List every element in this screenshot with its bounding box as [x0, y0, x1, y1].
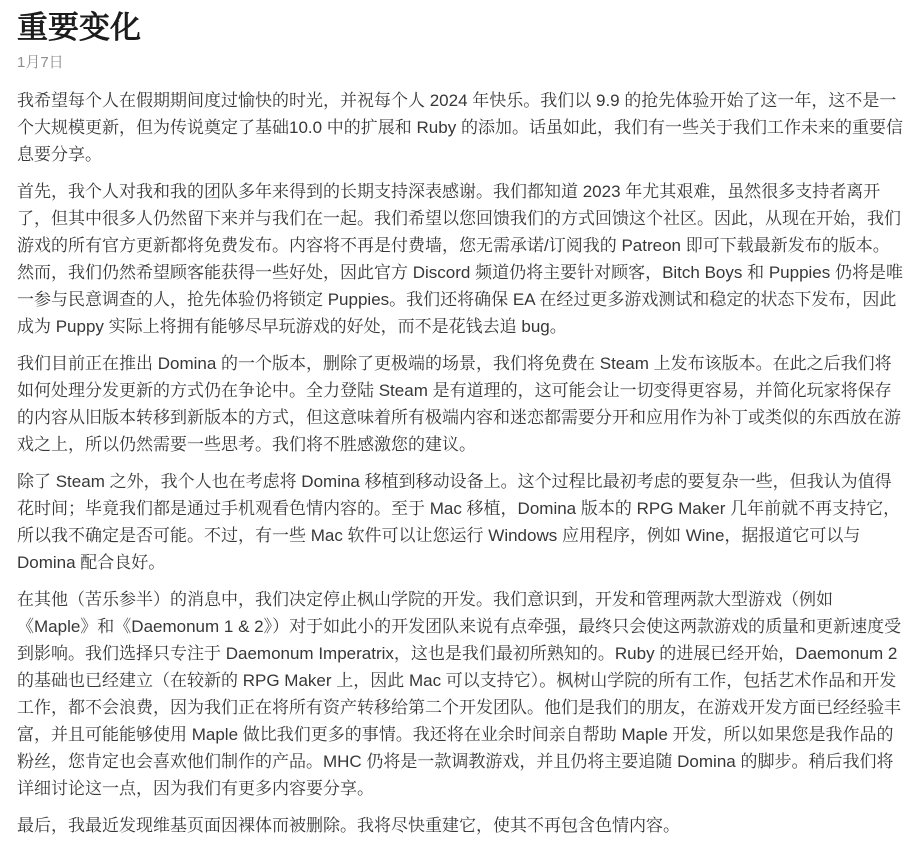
- article-body: 我希望每个人在假期期间度过愉快的时光，并祝每个人 2024 年快乐。我们以 9.…: [17, 87, 904, 839]
- paragraph-project-changes: 在其他（苦乐参半）的消息中，我们决定停止枫山学院的开发。我们意识到，开发和管理两…: [17, 586, 904, 802]
- paragraph-intro: 我希望每个人在假期期间度过愉快的时光，并祝每个人 2024 年快乐。我们以 9.…: [17, 87, 904, 168]
- paragraph-steam-release: 我们目前正在推出 Domina 的一个版本，删除了更极端的场景，我们将免费在 S…: [17, 350, 904, 458]
- article: 重要变化 1月7日 我希望每个人在假期期间度过愉快的时光，并祝每个人 2024 …: [0, 0, 920, 839]
- page: 重要变化 1月7日 我希望每个人在假期期间度过愉快的时光，并祝每个人 2024 …: [0, 0, 920, 842]
- paragraph-mobile-mac-port: 除了 Steam 之外，我个人也在考虑将 Domina 移植到移动设备上。这个过…: [17, 468, 904, 576]
- page-title: 重要变化: [17, 9, 904, 47]
- post-date: 1月7日: [17, 54, 904, 72]
- paragraph-wiki-note: 最后，我最近发现维基页面因裸体而被删除。我将尽快重建它，使其不再包含色情内容。: [17, 812, 904, 839]
- paragraph-free-updates: 首先，我个人对我和我的团队多年来得到的长期支持深表感谢。我们都知道 2023 年…: [17, 178, 904, 340]
